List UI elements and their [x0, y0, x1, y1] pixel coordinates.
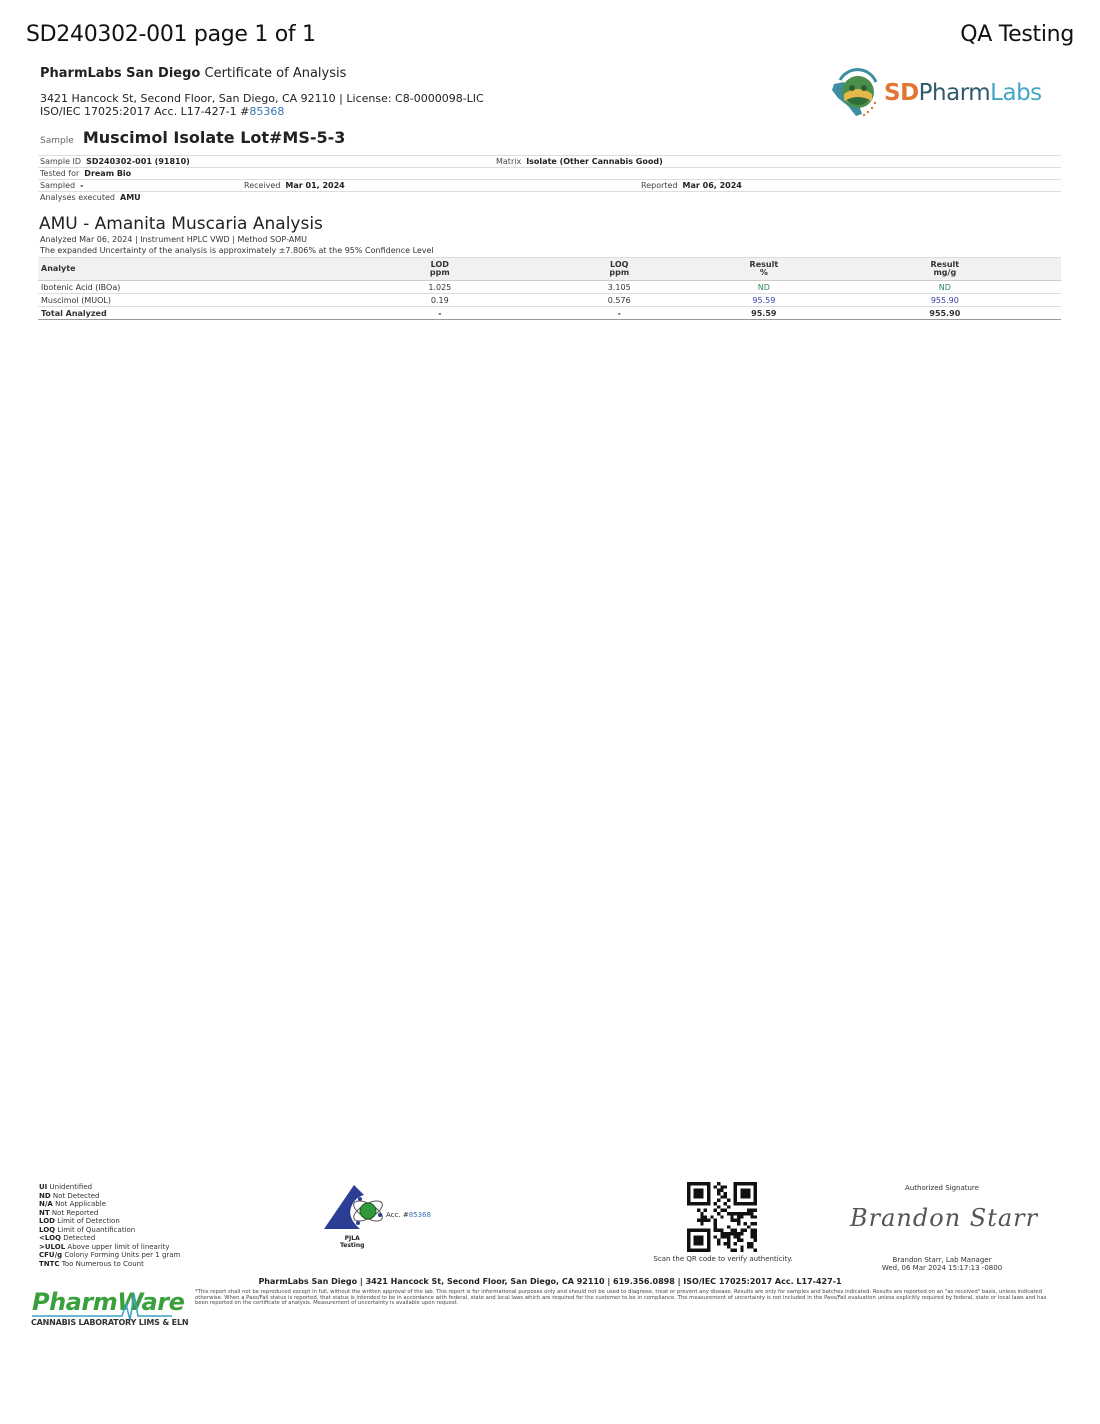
loq-cell: 0.576 — [540, 294, 700, 307]
footer-lab-info: PharmLabs San Diego | 3421 Hancock St, S… — [0, 1277, 1100, 1286]
qr-code-icon[interactable] — [687, 1182, 757, 1252]
result-pct-cell: 95.59 — [699, 307, 829, 320]
logo-wordmark: SDPharmLabs — [884, 80, 1042, 106]
loq-cell: 3.105 — [540, 281, 700, 294]
lab-heading: PharmLabs San Diego Certificate of Analy… — [40, 66, 346, 81]
lab-address: 3421 Hancock St, Second Floor, San Diego… — [40, 92, 484, 118]
lod-cell: 0.19 — [340, 294, 539, 307]
analyses-executed: Analyses executedAMU — [40, 192, 141, 203]
info-row: Sampled- ReceivedMar 01, 2024 ReportedMa… — [38, 180, 1061, 192]
pjla-badge: Acc. #85368 PJLATesting — [318, 1183, 448, 1253]
matrix: MatrixIsolate (Other Cannabis Good) — [496, 156, 663, 167]
pharmware-tagline: CANNABIS LABORATORY LIMS & ELN — [31, 1318, 188, 1327]
column-header-analyte: Analyte — [38, 258, 340, 281]
signatory: Brandon Starr, Lab Manager Wed, 06 Mar 2… — [860, 1256, 1024, 1272]
total-row: Total Analyzed--95.59955.90 — [38, 307, 1061, 320]
results-table: Analyte LODppm LOQppm Result% Resultmg/g… — [38, 257, 1061, 320]
sample-id: Sample IDSD240302-001 (91810) — [40, 156, 190, 167]
legend-item: CFU/g Colony Forming Units per 1 gram — [39, 1251, 180, 1260]
lod-cell: - — [340, 307, 539, 320]
legend-item: >ULOL Above upper limit of linearity — [39, 1243, 180, 1252]
handwritten-signature: Brandon Starr — [850, 1204, 1040, 1232]
legend-item: <LOQ Detected — [39, 1234, 180, 1243]
sample-heading: Sample Muscimol Isolate Lot#MS-5-3 — [40, 128, 345, 147]
signatory-name-title: Brandon Starr, Lab Manager — [860, 1256, 1024, 1264]
analyte-cell: Ibotenic Acid (IBOa) — [38, 281, 340, 294]
tested-for: Tested forDream Bio — [40, 168, 131, 179]
reported: ReportedMar 06, 2024 — [641, 180, 742, 191]
column-header-result-pct: Result% — [699, 258, 829, 281]
signature-label: Authorized Signature — [870, 1184, 1014, 1192]
pjla-logo-icon — [320, 1183, 390, 1235]
column-header-result-mgg: Resultmg/g — [829, 258, 1061, 281]
sampled: Sampled- — [40, 180, 83, 191]
legend-item: ND Not Detected — [39, 1192, 180, 1201]
document-category: QA Testing — [960, 22, 1074, 47]
info-row: Tested forDream Bio — [38, 168, 1061, 180]
table-row: Muscimol (MUOL)0.190.57695.59955.90 — [38, 294, 1061, 307]
signature-timestamp: Wed, 06 Mar 2024 15:17:13 -0800 — [860, 1264, 1024, 1272]
info-row: Analyses executedAMU — [38, 192, 1061, 203]
legend-item: TNTC Too Numerous to Count — [39, 1260, 180, 1269]
received: ReceivedMar 01, 2024 — [244, 180, 345, 191]
table-row: Ibotenic Acid (IBOa)1.0253.105NDND — [38, 281, 1061, 294]
accreditation-link[interactable]: 85368 — [249, 105, 284, 118]
pharmware-logo: PharmWare CANNABIS LABORATORY LIMS & ELN — [30, 1288, 175, 1333]
legend-item: LOQ Limit of Quantification — [39, 1226, 180, 1235]
sample-name: Muscimol Isolate Lot#MS-5-3 — [83, 128, 346, 147]
sample-info-grid: Sample IDSD240302-001 (91810) MatrixIsol… — [38, 155, 1061, 203]
pjla-label: PJLATesting — [340, 1235, 364, 1249]
legend-item: UI Unidentified — [39, 1183, 180, 1192]
uncertainty-note: The expanded Uncertainty of the analysis… — [40, 246, 434, 255]
address-license: 3421 Hancock St, Second Floor, San Diego… — [40, 92, 484, 105]
sdpharmlabs-logo: SDPharmLabs — [828, 64, 1068, 122]
lod-cell: 1.025 — [340, 281, 539, 294]
pulse-line-icon — [30, 1290, 175, 1320]
result-mgg-cell: 955.90 — [829, 307, 1061, 320]
legend-item: N/A Not Applicable — [39, 1200, 180, 1209]
result-pct-cell: 95.59 — [699, 294, 829, 307]
column-header-loq: LOQppm — [540, 258, 700, 281]
iso-accreditation: ISO/IEC 17025:2017 Acc. L17-427-1 #85368 — [40, 105, 484, 118]
california-logo-icon — [828, 64, 888, 122]
analyte-cell: Total Analyzed — [38, 307, 340, 320]
result-mgg-cell: 955.90 — [829, 294, 1061, 307]
results-header-row: Analyte LODppm LOQppm Result% Resultmg/g — [38, 258, 1061, 281]
result-mgg-cell: ND — [829, 281, 1061, 294]
legend-item: LOD Limit of Detection — [39, 1217, 180, 1226]
document-type: Certificate of Analysis — [205, 66, 347, 81]
sample-label: Sample — [40, 136, 74, 146]
loq-cell: - — [540, 307, 700, 320]
column-header-lod: LODppm — [340, 258, 539, 281]
lab-name: PharmLabs San Diego — [40, 66, 200, 81]
analysis-meta: Analyzed Mar 06, 2024 | Instrument HPLC … — [40, 235, 307, 244]
analyte-cell: Muscimol (MUOL) — [38, 294, 340, 307]
qr-caption: Scan the QR code to verify authenticity. — [640, 1255, 806, 1263]
info-row: Sample IDSD240302-001 (91810) MatrixIsol… — [38, 155, 1061, 168]
legend-item: NT Not Reported — [39, 1209, 180, 1218]
document-id-page: SD240302-001 page 1 of 1 — [26, 22, 316, 47]
analysis-title: AMU - Amanita Muscaria Analysis — [39, 214, 323, 234]
footer-disclaimer: *This report shall not be reproduced exc… — [195, 1290, 1055, 1307]
abbreviation-legend: UI UnidentifiedND Not DetectedN/A Not Ap… — [39, 1183, 180, 1268]
result-pct-cell: ND — [699, 281, 829, 294]
pjla-accreditation: Acc. #85368 — [386, 1211, 431, 1219]
